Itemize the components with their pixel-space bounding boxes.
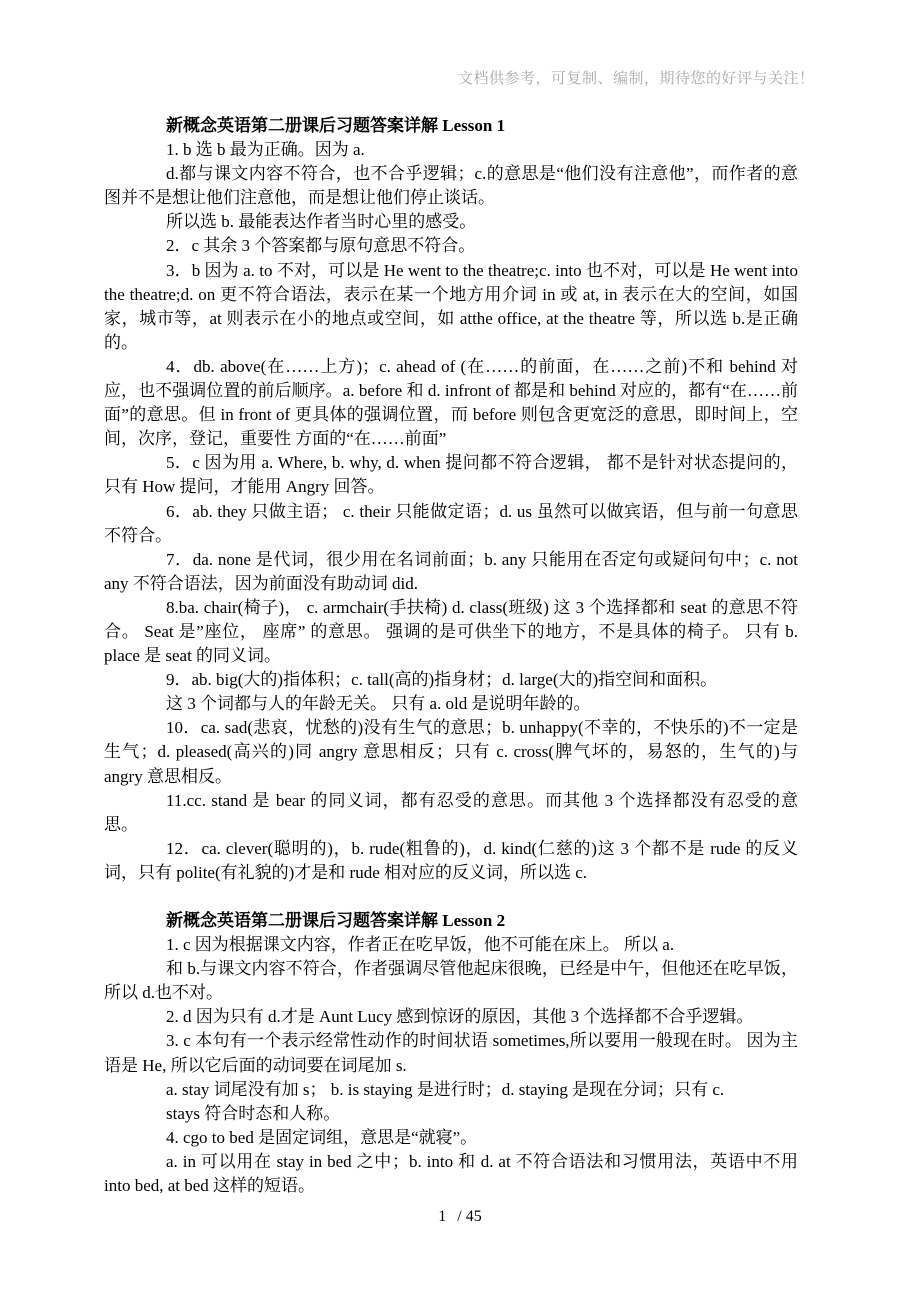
paragraph: 5．c 因为用 a. Where, b. why, d. when 提问都不符合… (104, 451, 798, 499)
document-body: 新概念英语第二册课后习题答案详解 Lesson 1 1. b 选 b 最为正确。… (104, 114, 798, 1198)
document-page: 文档供参考，可复制、编制，期待您的好评与关注！ 新概念英语第二册课后习题答案详解… (0, 0, 920, 1302)
paragraph: 10．ca. sad(悲哀，忧愁的)没有生气的意思；b. unhappy(不幸的… (104, 716, 798, 788)
section-spacer (104, 885, 798, 909)
paragraph: 12．ca. clever(聪明的)，b. rude(粗鲁的)，d. kind(… (104, 837, 798, 885)
page-number-separator: / (457, 1208, 461, 1225)
paragraph: 7．da. none 是代词，很少用在名词前面；b. any 只能用在否定句或疑… (104, 548, 798, 596)
header-watermark-note: 文档供参考，可复制、编制，期待您的好评与关注！ (458, 69, 815, 89)
paragraph: 这 3 个词都与人的年龄无关。 只有 a. old 是说明年龄的。 (104, 692, 798, 716)
paragraph: 3．b 因为 a. to 不对，可以是 He went to the theat… (104, 259, 798, 355)
paragraph: 2. d 因为只有 d.才是 Aunt Lucy 感到惊讶的原因，其他 3 个选… (104, 1005, 798, 1029)
paragraph: 8.ba. chair(椅子)， c. armchair(手扶椅) d. cla… (104, 596, 798, 668)
page-number-total: 45 (466, 1208, 482, 1225)
paragraph: 1. c 因为根据课文内容，作者正在吃早饭，他不可能在床上。 所以 a. (104, 933, 798, 957)
page-number-current: 1 (438, 1208, 446, 1225)
paragraph: stays 符合时态和人称。 (104, 1102, 798, 1126)
paragraph: 所以选 b. 最能表达作者当时心里的感受。 (104, 210, 798, 234)
paragraph: d.都与课文内容不符合，也不合乎逻辑；c.的意思是“他们没有注意他”，而作者的意… (104, 162, 798, 210)
paragraph: a. stay 词尾没有加 s； b. is staying 是进行时；d. s… (104, 1078, 798, 1102)
paragraph: 和 b.与课文内容不符合，作者强调尽管他起床很晚，已经是中午，但他还在吃早饭，所… (104, 957, 798, 1005)
lesson-1-title: 新概念英语第二册课后习题答案详解 Lesson 1 (104, 114, 798, 138)
paragraph: a. in 可以用在 stay in bed 之中；b. into 和 d. a… (104, 1150, 798, 1198)
paragraph: 6．ab. they 只做主语； c. their 只能做定语；d. us 虽然… (104, 500, 798, 548)
paragraph: 4．db. above(在……上方)；c. ahead of (在……的前面，在… (104, 355, 798, 451)
paragraph: 4. cgo to bed 是固定词组，意思是“就寝”。 (104, 1126, 798, 1150)
paragraph: 3. c 本句有一个表示经常性动作的时间状语 sometimes,所以要用一般现… (104, 1029, 798, 1077)
page-number: 1 / 45 (0, 1206, 920, 1228)
paragraph: 1. b 选 b 最为正确。因为 a. (104, 138, 798, 162)
paragraph: 11.cc. stand 是 bear 的同义词，都有忍受的意思。而其他 3 个… (104, 789, 798, 837)
lesson-2-title: 新概念英语第二册课后习题答案详解 Lesson 2 (104, 909, 798, 933)
paragraph: 2．c 其余 3 个答案都与原句意思不符合。 (104, 234, 798, 258)
paragraph: 9．ab. big(大的)指体积；c. tall(高的)指身材；d. large… (104, 668, 798, 692)
